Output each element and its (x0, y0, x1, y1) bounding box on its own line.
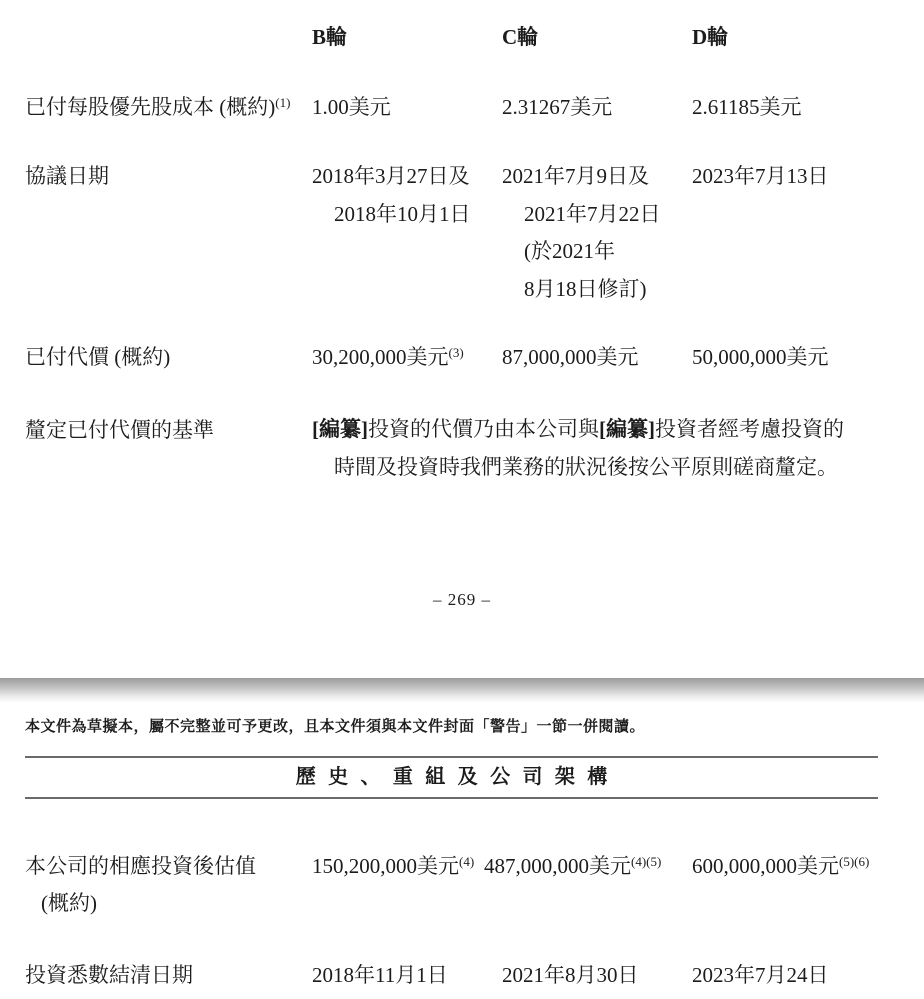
section-title: 歷史、重組及公司架構 (25, 763, 878, 791)
section-header-rule-top (25, 756, 878, 758)
agreement-date-c-line4: 8月18日修訂) (502, 271, 692, 309)
agreement-date-b-line2: 2018年10月1日 (312, 196, 502, 234)
row-label-agreement-date: 協議日期 (25, 158, 312, 308)
prospectus-viewer: B輪 C輪 D輪 已付每股優先股成本 (概約)(1) 1.00美元 2.3126… (0, 0, 924, 999)
basis-text-1: 投資的代價乃由本公司與 (368, 417, 599, 441)
agreement-date-series-d: 2023年7月13日 (692, 158, 899, 308)
row-label-settlement-date: 投資悉數結清日期 (25, 956, 312, 994)
valuation-label-line2: (概約) (25, 885, 312, 922)
valuation-label-line1: 本公司的相應投資後估值 (25, 848, 312, 885)
cost-series-b: 1.00美元 (312, 88, 502, 126)
table-row-consideration-paid: 已付代價 (概約) 30,200,000美元(3) 87,000,000美元 5… (25, 338, 899, 376)
cost-series-c: 2.31267美元 (502, 88, 692, 126)
agreement-date-c-line3: (於2021年 (502, 233, 692, 271)
agreement-date-c-line2: 2021年7月22日 (502, 196, 692, 234)
valuation-series-c: 487,000,000美元(4)(5) (484, 848, 692, 922)
redacted-tag-2: [編纂] (599, 417, 655, 441)
row-label-valuation: 本公司的相應投資後估值 (概約) (25, 848, 312, 922)
row-label-cost-per-share: 已付每股優先股成本 (概約)(1) (25, 88, 312, 126)
table-header-row: B輪 C輪 D輪 (25, 18, 899, 56)
agreement-date-series-b: 2018年3月27日及 2018年10月1日 (312, 158, 502, 308)
draft-disclaimer: 本文件為草擬本，屬不完整並可予更改，且本文件須與本文件封面「警告」一節一併閱讀。 (25, 717, 899, 737)
table-row-cost-per-share: 已付每股優先股成本 (概約)(1) 1.00美元 2.31267美元 2.611… (25, 88, 899, 126)
footnote-ref-3: (3) (449, 345, 464, 360)
basis-paragraph: [編纂]投資的代價乃由本公司與[編纂]投資者經考慮投資的時間及投資時我們業務的狀… (312, 411, 862, 486)
valuation-series-b: 150,200,000美元(4) (312, 848, 484, 922)
table-row-settlement-date: 投資悉數結清日期 2018年11月1日 2021年8月30日 2023年7月24… (25, 956, 899, 994)
consideration-b-value: 30,200,000美元 (312, 345, 449, 369)
agreement-date-series-c: 2021年7月9日及 2021年7月22日 (於2021年 8月18日修訂) (502, 158, 692, 308)
page-number: – 269 – (0, 588, 924, 612)
table-row-post-investment-valuation: 本公司的相應投資後估值 (概約) 150,200,000美元(4) 487,00… (25, 848, 899, 922)
settlement-date-series-b: 2018年11月1日 (312, 956, 502, 994)
settlement-date-series-c: 2021年8月30日 (502, 956, 692, 994)
redacted-tag: [編纂] (312, 417, 368, 441)
series-c-column-header: C輪 (502, 18, 692, 56)
page-separator-shadow (0, 678, 924, 702)
table-row-basis: 釐定已付代價的基準 [編纂]投資的代價乃由本公司與[編纂]投資者經考慮投資的時間… (25, 411, 899, 486)
consideration-series-d: 50,000,000美元 (692, 338, 899, 376)
section-header-rule-bottom (25, 797, 878, 799)
row-label-consideration-paid: 已付代價 (概約) (25, 338, 312, 376)
series-d-column-header: D輪 (692, 18, 899, 56)
series-b-column-header: B輪 (312, 18, 502, 56)
basis-paragraph-cell: [編纂]投資的代價乃由本公司與[編纂]投資者經考慮投資的時間及投資時我們業務的狀… (312, 411, 899, 486)
agreement-date-b-line1: 2018年3月27日及 (312, 158, 502, 196)
cost-series-d: 2.61185美元 (692, 88, 899, 126)
consideration-series-c: 87,000,000美元 (502, 338, 692, 376)
consideration-series-b: 30,200,000美元(3) (312, 338, 502, 376)
valuation-b-value: 150,200,000美元 (312, 854, 459, 878)
valuation-d-value: 600,000,000美元 (692, 854, 839, 878)
footnote-ref-4-5: (4)(5) (631, 854, 661, 869)
valuation-c-value: 487,000,000美元 (484, 854, 631, 878)
footnote-ref-1: (1) (275, 95, 290, 110)
header-spacer (25, 18, 312, 56)
row-label-text: 已付每股優先股成本 (概約) (25, 95, 275, 119)
valuation-series-d: 600,000,000美元(5)(6) (692, 848, 899, 922)
settlement-date-series-d: 2023年7月24日 (692, 956, 899, 994)
footnote-ref-4: (4) (459, 854, 474, 869)
row-label-basis: 釐定已付代價的基準 (25, 411, 312, 486)
table-row-agreement-date: 協議日期 2018年3月27日及 2018年10月1日 2021年7月9日及 2… (25, 158, 899, 308)
agreement-date-c-line1: 2021年7月9日及 (502, 158, 692, 196)
footnote-ref-5-6: (5)(6) (839, 854, 869, 869)
